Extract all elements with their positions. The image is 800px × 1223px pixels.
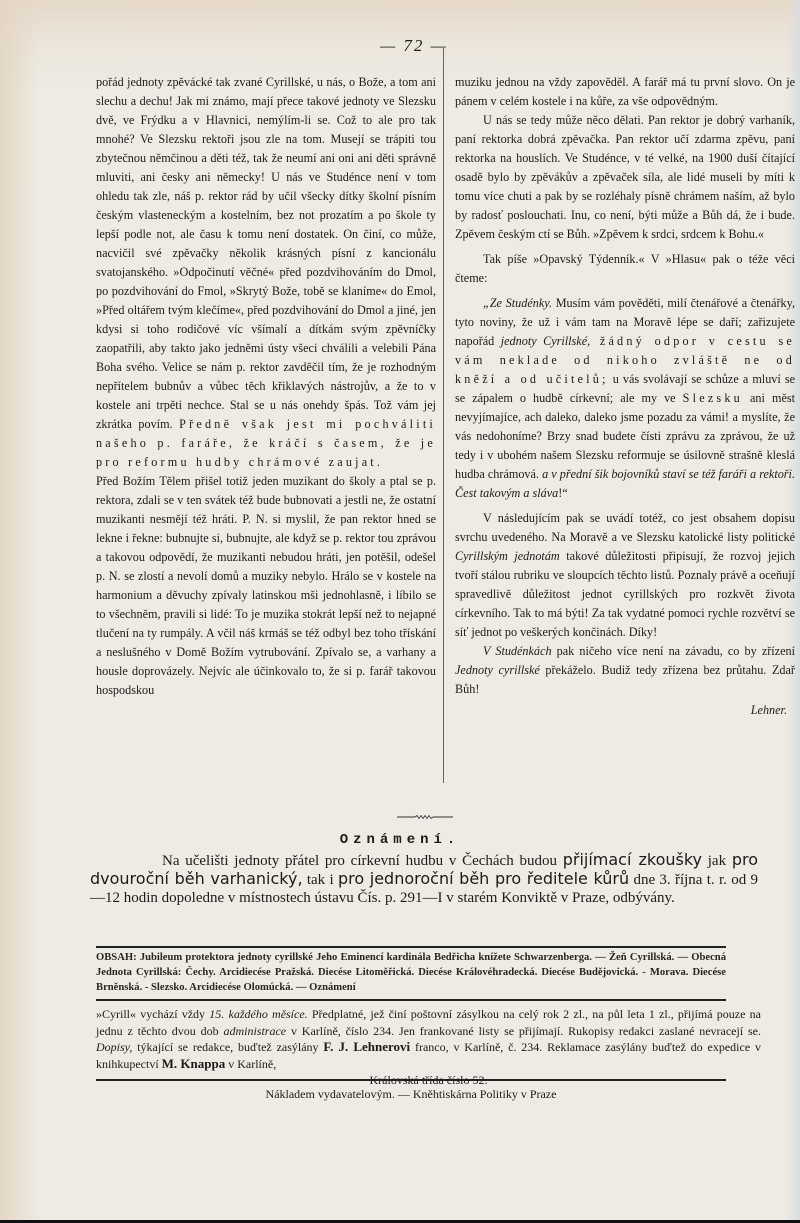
contents-label: OBSAH:: [96, 952, 137, 963]
column-divider: [443, 48, 444, 783]
imprint: Nákladem vydavatelovým. — Kněhtiskárna P…: [96, 1087, 726, 1102]
announcement-body: Na učelišti jednoty přátel pro církevní …: [90, 851, 758, 907]
right-column: muziku jednou na vždy zapověděl. A farář…: [455, 73, 795, 720]
signature: Lehner.: [455, 701, 795, 720]
ornament-divider: [397, 806, 453, 810]
right-paragraph-3: Tak píše »Opavský Týdenník.« V »Hlasu« p…: [455, 250, 795, 288]
squiggle-ornament-icon: [397, 815, 453, 819]
table-of-contents: OBSAH: Jubileum protektora jednoty cyril…: [96, 950, 726, 995]
left-paragraph-1: pořád jednoty zpěvácké tak zvané Cyrills…: [96, 73, 436, 472]
right-paragraph-4: V následujícím pak se uvádí totéž, co je…: [455, 509, 795, 642]
page-number: — 72 —: [380, 36, 480, 56]
rule-above-imprint: [96, 1079, 726, 1081]
right-paragraph-2: U nás se tedy může něco dělati. Pan rekt…: [455, 111, 795, 244]
left-paragraph-2: Před Božím Tělem přišel totiž jeden muzi…: [96, 472, 436, 700]
right-paragraph-5: V Studénkách pak ničeho více není na záv…: [455, 642, 795, 699]
quote-heading: „Ze Studénky.: [483, 296, 552, 310]
subscription-info: »Cyrill« vychází vždy 15. každého měsíce…: [96, 1006, 761, 1089]
rule-above-contents: [96, 946, 726, 948]
announcement-title: Oznámení.: [0, 832, 800, 848]
right-paragraph-1: muziku jednou na vždy zapověděl. A farář…: [455, 73, 795, 111]
rule-below-contents: [96, 999, 726, 1001]
left-column: pořád jednoty zpěvácké tak zvané Cyrills…: [96, 73, 436, 700]
quoted-letter: „Ze Studénky. Musím vám pověděti, milí č…: [455, 294, 795, 503]
